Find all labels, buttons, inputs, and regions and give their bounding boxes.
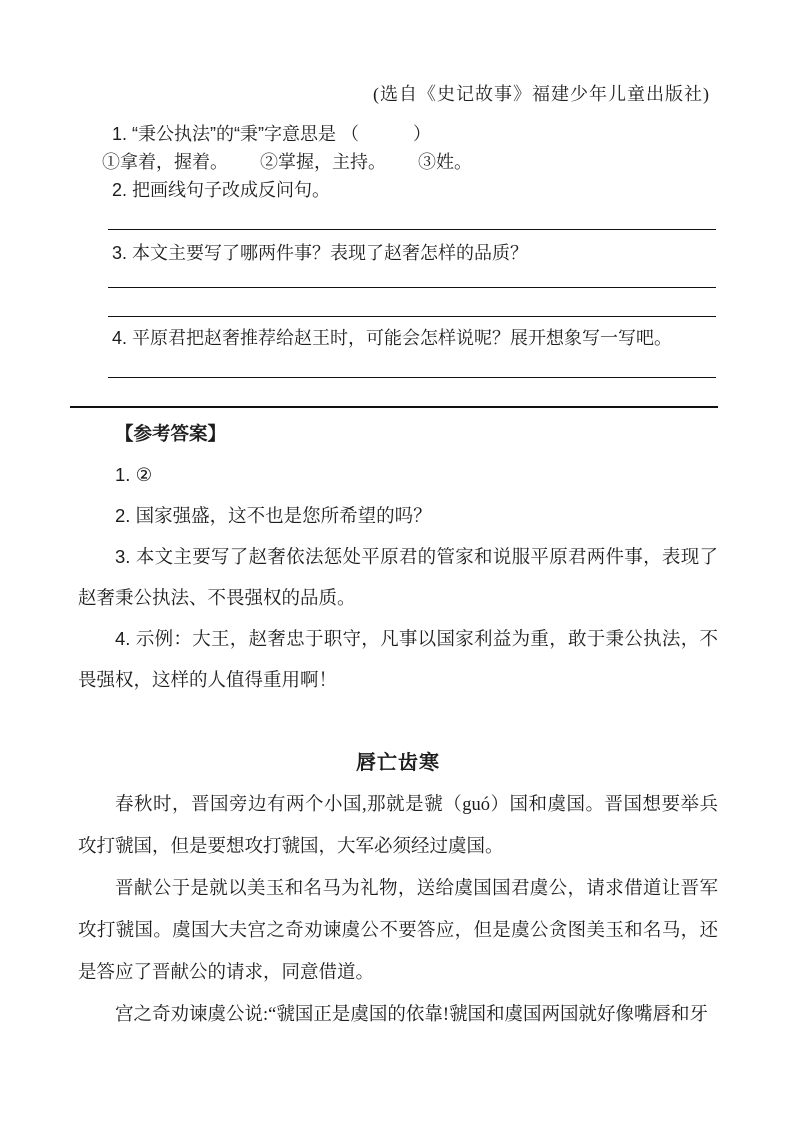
section-divider bbox=[70, 406, 718, 408]
answer-key-item-3: 3. 本文主要写了赵奢依法惩处平原君的管家和说服平原君两件事，表现了赵奢秉公执法… bbox=[78, 536, 718, 618]
worksheet-page: (选自《史记故事》福建少年儿童出版社) 1. “秉公执法”的“秉”字意思是 （ … bbox=[0, 0, 793, 1122]
question-2: 2. 把画线句子改成反问句。 bbox=[112, 176, 330, 205]
question-4: 4. 平原君把赵奢推荐给赵王时，可能会怎样说呢？展开想象写一写吧。 bbox=[112, 324, 672, 353]
question-1: 1. “秉公执法”的“秉”字意思是 （ ） bbox=[112, 120, 431, 149]
answer-key-item-2: 2. 国家强盛，这不也是您所希望的吗？ bbox=[78, 495, 718, 536]
option-1: ①拿着，握着。 bbox=[102, 148, 228, 177]
answer-blank-line bbox=[108, 316, 716, 317]
passage-paragraph-3: 宫之奇劝谏虞公说:“虢国正是虞国的依靠!虢国和虞国两国就好像嘴唇和牙 bbox=[78, 994, 718, 1036]
option-3: ③姓。 bbox=[418, 148, 472, 177]
passage-paragraph-2: 晋献公于是就以美玉和名马为礼物，送给虞国国君虞公，请求借道让晋军攻打虢国。虞国大… bbox=[78, 868, 718, 994]
answer-key-item-4: 4. 示例：大王，赵奢忠于职守，凡事以国家利益为重，敢于秉公执法，不畏强权，这样… bbox=[78, 618, 718, 700]
passage-title: 唇亡齿寒 bbox=[78, 742, 718, 784]
answer-key-heading: 【参考答案】 bbox=[78, 413, 718, 454]
question-3: 3. 本文主要写了哪两件事？表现了赵奢怎样的品质？ bbox=[112, 239, 528, 268]
question-1-options: ①拿着，握着。 ②掌握，主持。 ③姓。 bbox=[102, 148, 472, 177]
answer-key-section: 【参考答案】 1. ② 2. 国家强盛，这不也是您所希望的吗？ 3. 本文主要写… bbox=[78, 413, 718, 700]
passage-section: 唇亡齿寒 春秋时，晋国旁边有两个小国,那就是虢（guó）国和虞国。晋国想要举兵攻… bbox=[78, 742, 718, 1036]
answer-blank-line bbox=[108, 229, 716, 230]
answer-key-item-1: 1. ② bbox=[78, 454, 718, 495]
option-2: ②掌握，主持。 bbox=[260, 148, 386, 177]
source-attribution: (选自《史记故事》福建少年儿童出版社) bbox=[373, 80, 710, 109]
answer-blank-line bbox=[108, 377, 716, 378]
answer-blank-line bbox=[108, 287, 716, 288]
passage-paragraph-1: 春秋时，晋国旁边有两个小国,那就是虢（guó）国和虞国。晋国想要举兵攻打虢国，但… bbox=[78, 784, 718, 868]
